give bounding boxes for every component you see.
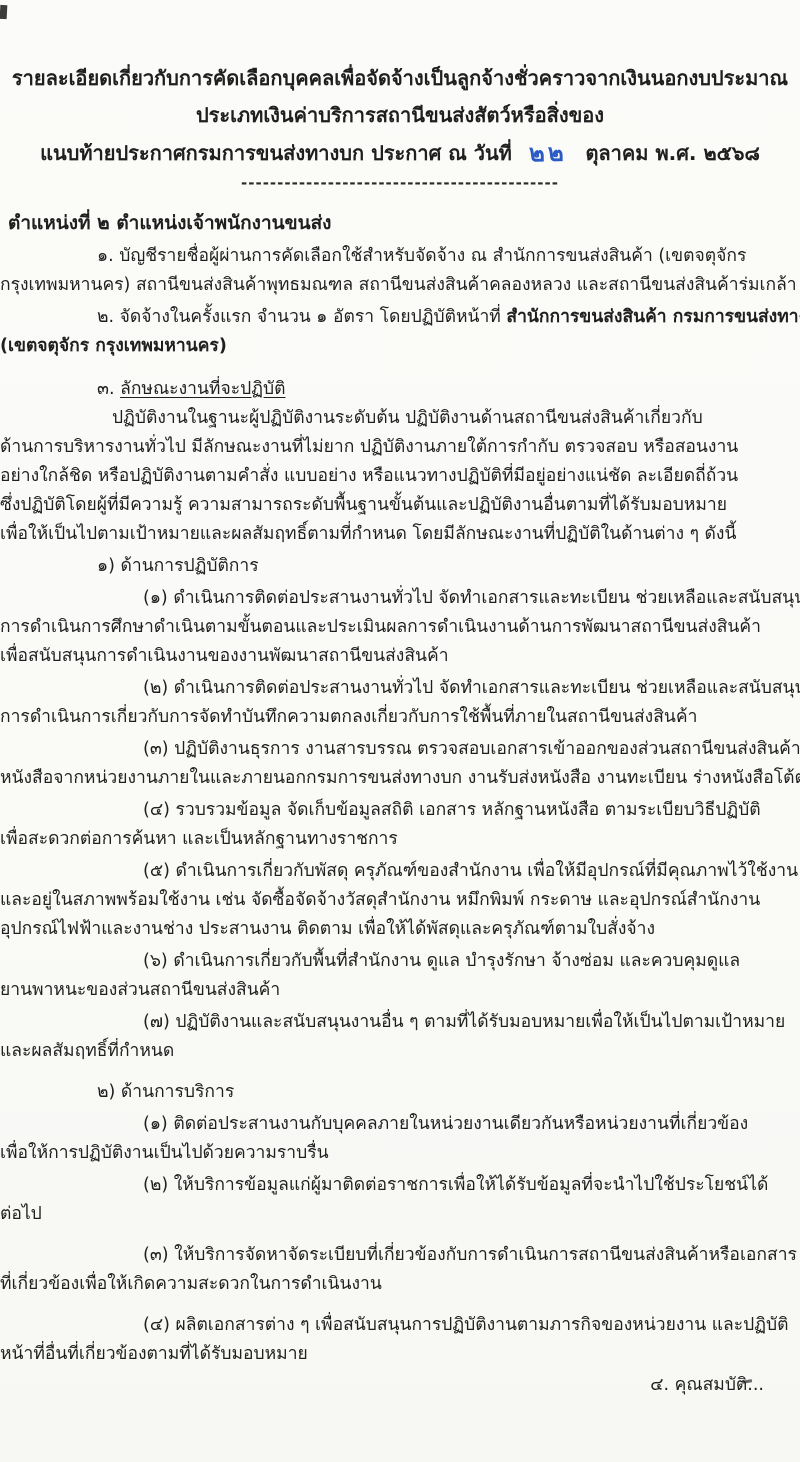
text-segment: (๔) รวบรวมข้อมูล จัดเก็บข้อมูลสถิติ เอกส… bbox=[143, 800, 761, 820]
text-segment: และผลสัมฤทธิ์ที่กำหนด bbox=[0, 1041, 174, 1061]
text-segment: ด้านการบริหารงานทั่วไป มีลักษณะงานที่ไม่… bbox=[0, 437, 738, 457]
text-line: หน้าที่อื่นที่เกี่ยวข้องตามที่ได้รับมอบห… bbox=[0, 1340, 800, 1369]
text-segment: หนังสือจากหน่วยงานภายในและภายนอกกรมการขน… bbox=[0, 768, 800, 788]
text-line: เพื่อสะดวกต่อการค้นหา และเป็นหลักฐานทางร… bbox=[0, 825, 800, 854]
text-line: ๓. ลักษณะงานที่จะปฏิบัติ bbox=[0, 375, 800, 404]
text-line: ๒) ด้านการบริการ bbox=[0, 1078, 800, 1107]
text-line: และผลสัมฤทธิ์ที่กำหนด bbox=[0, 1037, 800, 1066]
text-segment: ๒. จัดจ้างในครั้งแรก จำนวน ๑ อัตรา โดยปฏ… bbox=[97, 307, 506, 327]
handwritten-day-number: ๒๒ bbox=[529, 135, 567, 173]
bold-text: สำนักการขนส่งสินค้า กรมการขนส่งทางบก bbox=[506, 307, 800, 327]
text-segment: ๒) ด้านการบริการ bbox=[97, 1082, 234, 1102]
text-line: เพื่อให้เป็นไปตามเป้าหมายและผลสัมฤทธิ์ตา… bbox=[0, 520, 800, 549]
text-segment: หน้าที่อื่นที่เกี่ยวข้องตามที่ได้รับมอบห… bbox=[0, 1344, 308, 1364]
bold-text: (เขตจตุจักร กรุงเทพมหานคร) bbox=[0, 336, 227, 356]
text-segment: (๔) ผลิตเอกสารต่าง ๆ เพื่อสนับสนุนการปฏิ… bbox=[143, 1315, 789, 1335]
text-line: ซึ่งปฏิบัติโดยผู้ที่มีความรู้ ความสามารถ… bbox=[0, 491, 800, 520]
text-segment: เพื่อให้การปฏิบัติงานเป็นไปด้วยความราบรื… bbox=[0, 1143, 329, 1163]
text-segment: (๑) ติดต่อประสานงานกับบุคคลภายในหน่วยงาน… bbox=[143, 1114, 748, 1134]
text-line: (๔) รวบรวมข้อมูล จัดเก็บข้อมูลสถิติ เอกส… bbox=[0, 796, 800, 825]
text-line: (๖) ดำเนินการเกี่ยวกับพื้นที่สำนักงาน ดู… bbox=[0, 947, 800, 976]
text-segment: ๑. บัญชีรายชื่อผู้ผ่านการคัดเลือกใช้สำหร… bbox=[97, 246, 746, 266]
document: รายละเอียดเกี่ยวกับการคัดเลือกบุคคลเพื่อ… bbox=[0, 0, 800, 1400]
text-line: หนังสือจากหน่วยงานภายในและภายนอกกรมการขน… bbox=[0, 764, 800, 793]
text-line: (๑) ติดต่อประสานงานกับบุคคลภายในหน่วยงาน… bbox=[0, 1110, 800, 1139]
text-segment: (๓) ให้บริการจัดหาจัดระเบียบที่เกี่ยวข้อ… bbox=[143, 1245, 797, 1265]
dashed-separator: ----------------------------------------… bbox=[0, 172, 800, 194]
date-line-prefix: แนบท้ายประกาศกรมการขนส่งทางบก ประกาศ ณ ว… bbox=[40, 141, 512, 165]
text-segment: ยานพาหนะของส่วนสถานีขนส่งสินค้า bbox=[0, 980, 280, 1000]
text-line: เพื่อสนับสนุนการดำเนินงานของงานพัฒนาสถาน… bbox=[0, 642, 800, 671]
text-line: การดำเนินการเกี่ยวกับการจัดทำบันทึกความต… bbox=[0, 703, 800, 732]
text-segment: เพื่อสนับสนุนการดำเนินงานของงานพัฒนาสถาน… bbox=[0, 646, 449, 666]
text-line: ปฏิบัติงานในฐานะผู้ปฏิบัติงานระดับต้น ปฏ… bbox=[0, 404, 800, 433]
text-line: (๒) ให้บริการข้อมูลแก่ผู้มาติดต่อราชการเ… bbox=[0, 1171, 800, 1200]
text-segment: (๖) ดำเนินการเกี่ยวกับพื้นที่สำนักงาน ดู… bbox=[143, 951, 740, 971]
text-segment: (๕) ดำเนินการเกี่ยวกับพัสดุ ครุภัณฑ์ของส… bbox=[143, 861, 798, 881]
text-segment: เพื่อให้เป็นไปตามเป้าหมายและผลสัมฤทธิ์ตา… bbox=[0, 524, 736, 544]
text-line: ต่อไป bbox=[0, 1200, 800, 1229]
date-line-suffix: ตุลาคม พ.ศ. ๒๕๖๘ bbox=[585, 141, 759, 165]
text-segment: ๓. bbox=[97, 379, 120, 399]
text-segment: การดำเนินการเกี่ยวกับการจัดทำบันทึกความต… bbox=[0, 707, 697, 727]
text-line: การดำเนินการศึกษาดำเนินตามขั้นตอนและประเ… bbox=[0, 613, 800, 642]
text-segment: เพื่อสะดวกต่อการค้นหา และเป็นหลักฐานทางร… bbox=[0, 829, 398, 849]
position-heading: ตำแหน่งที่ ๒ ตำแหน่งเจ้าพนักงานขนส่ง bbox=[0, 207, 800, 239]
text-line: (๑) ดำเนินการติดต่อประสานงานทั่วไป จัดทำ… bbox=[0, 584, 800, 613]
text-line: (๓) ให้บริการจัดหาจัดระเบียบที่เกี่ยวข้อ… bbox=[0, 1241, 800, 1270]
text-segment: (๒) ดำเนินการติดต่อประสานงานทั่วไป จัดทำ… bbox=[143, 678, 800, 698]
text-line: ด้านการบริหารงานทั่วไป มีลักษณะงานที่ไม่… bbox=[0, 433, 800, 462]
document-title-line-2: ประเภทเงินค่าบริการสถานีขนส่งสัตว์หรือสิ… bbox=[0, 97, 800, 134]
text-segment: (๑) ดำเนินการติดต่อประสานงานทั่วไป จัดทำ… bbox=[143, 588, 800, 608]
text-line: เพื่อให้การปฏิบัติงานเป็นไปด้วยความราบรื… bbox=[0, 1139, 800, 1168]
document-title-line-1: รายละเอียดเกี่ยวกับการคัดเลือกบุคคลเพื่อ… bbox=[0, 60, 800, 97]
text-line: ๒. จัดจ้างในครั้งแรก จำนวน ๑ อัตรา โดยปฏ… bbox=[0, 303, 800, 332]
text-line: (๒) ดำเนินการติดต่อประสานงานทั่วไป จัดทำ… bbox=[0, 674, 800, 703]
underlined-text: ลักษณะงานที่จะปฏิบัติ bbox=[120, 379, 285, 399]
text-line: ยานพาหนะของส่วนสถานีขนส่งสินค้า bbox=[0, 976, 800, 1005]
text-segment: และอยู่ในสภาพพร้อมใช้งาน เช่น จัดซื้อจัด… bbox=[0, 890, 760, 910]
text-line: (๔) ผลิตเอกสารต่าง ๆ เพื่อสนับสนุนการปฏิ… bbox=[0, 1311, 800, 1340]
text-line: (๕) ดำเนินการเกี่ยวกับพัสดุ ครุภัณฑ์ของส… bbox=[0, 857, 800, 886]
text-segment: กรุงเทพมหานคร) สถานีขนส่งสินค้าพุทธมณฑล … bbox=[0, 275, 797, 295]
text-segment: ๑) ด้านการปฏิบัติการ bbox=[97, 556, 259, 576]
text-line: กรุงเทพมหานคร) สถานีขนส่งสินค้าพุทธมณฑล … bbox=[0, 271, 800, 300]
text-segment: ปฏิบัติงานในฐานะผู้ปฏิบัติงานระดับต้น ปฏ… bbox=[112, 408, 703, 428]
text-line: ที่เกี่ยวข้องเพื่อให้เกิดความสะดวกในการด… bbox=[0, 1270, 800, 1299]
text-line: อย่างใกล้ชิด หรือปฏิบัติงานตามคำสั่ง แบบ… bbox=[0, 462, 800, 491]
scanned-document-page: รายละเอียดเกี่ยวกับการคัดเลือกบุคคลเพื่อ… bbox=[0, 0, 800, 1462]
text-segment: อย่างใกล้ชิด หรือปฏิบัติงานตามคำสั่ง แบบ… bbox=[0, 466, 738, 486]
text-line: (๗) ปฏิบัติงานและสนับสนุนงานอื่น ๆ ตามที… bbox=[0, 1008, 800, 1037]
text-line: ๑. บัญชีรายชื่อผู้ผ่านการคัดเลือกใช้สำหร… bbox=[0, 242, 800, 271]
text-line: ๔. คุณสมบัติ... bbox=[0, 1371, 800, 1400]
text-segment: ซึ่งปฏิบัติโดยผู้ที่มีความรู้ ความสามารถ… bbox=[0, 495, 727, 515]
text-segment: อุปกรณ์ไฟฟ้าและงานช่าง ประสานงาน ติดตาม … bbox=[0, 919, 655, 939]
text-segment: ที่เกี่ยวข้องเพื่อให้เกิดความสะดวกในการด… bbox=[0, 1274, 382, 1294]
text-line: (เขตจตุจักร กรุงเทพมหานคร) bbox=[0, 332, 800, 361]
text-segment: การดำเนินการศึกษาดำเนินตามขั้นตอนและประเ… bbox=[0, 617, 761, 637]
text-segment: (๓) ปฏิบัติงานธุรการ งานสารบรรณ ตรวจสอบเ… bbox=[143, 739, 800, 759]
document-body: ๑. บัญชีรายชื่อผู้ผ่านการคัดเลือกใช้สำหร… bbox=[0, 242, 800, 1400]
text-segment: ต่อไป bbox=[0, 1204, 42, 1224]
text-line: (๓) ปฏิบัติงานธุรการ งานสารบรรณ ตรวจสอบเ… bbox=[0, 735, 800, 764]
document-title-line-3: แนบท้ายประกาศกรมการขนส่งทางบก ประกาศ ณ ว… bbox=[0, 134, 800, 172]
text-line: อุปกรณ์ไฟฟ้าและงานช่าง ประสานงาน ติดตาม … bbox=[0, 915, 800, 944]
text-line: และอยู่ในสภาพพร้อมใช้งาน เช่น จัดซื้อจัด… bbox=[0, 886, 800, 915]
text-segment: (๒) ให้บริการข้อมูลแก่ผู้มาติดต่อราชการเ… bbox=[143, 1175, 768, 1195]
text-line: ๑) ด้านการปฏิบัติการ bbox=[0, 552, 800, 581]
text-segment: ๔. คุณสมบัติ... bbox=[650, 1375, 764, 1395]
text-segment: (๗) ปฏิบัติงานและสนับสนุนงานอื่น ๆ ตามที… bbox=[143, 1012, 785, 1032]
